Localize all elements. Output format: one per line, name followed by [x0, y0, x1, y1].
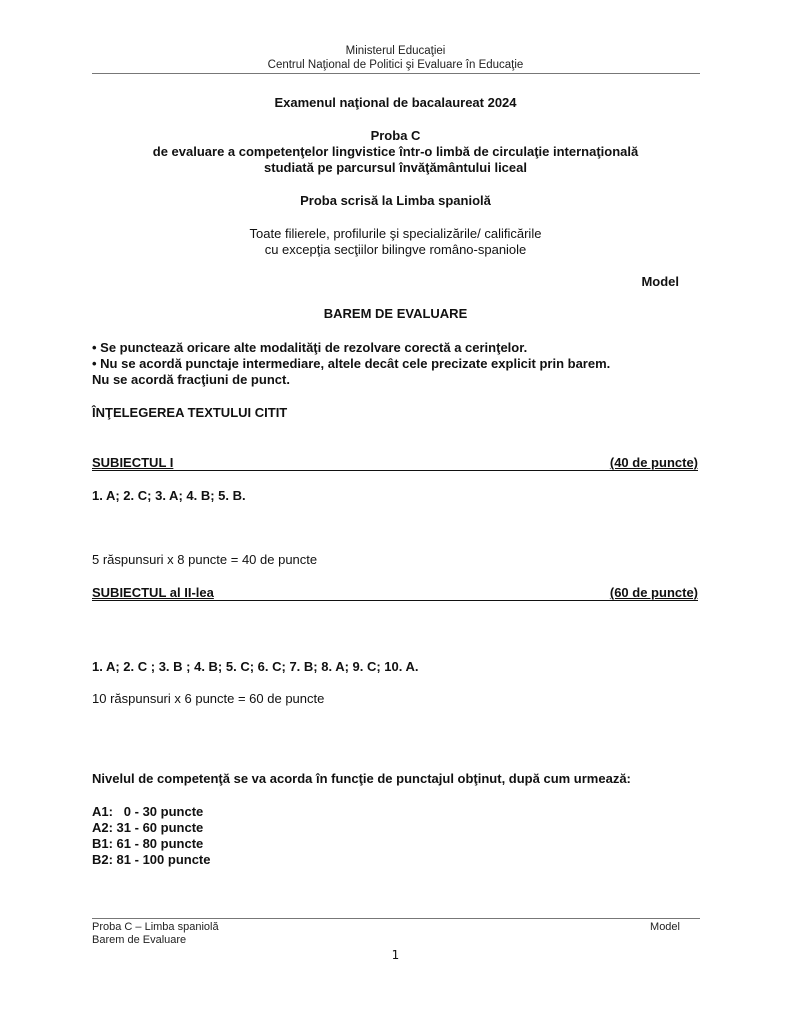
- barem-title: BAREM DE EVALUARE: [0, 306, 791, 321]
- rule-3: Nu se acordă fracţiuni de punct.: [92, 372, 290, 387]
- subject2-header: SUBIECTUL al II-lea (60 de puncte): [92, 585, 698, 601]
- exam-title: Examenul naţional de bacalaureat 2024: [0, 95, 791, 110]
- level-a2: A2: 31 - 60 puncte: [92, 820, 203, 835]
- proba-title: Proba C: [0, 128, 791, 143]
- level-a1: A1: 0 - 30 puncte: [92, 804, 203, 819]
- header-divider: [92, 73, 700, 74]
- footer-divider: [92, 918, 700, 919]
- scope-line-2: cu excepţia secţiilor bilingve româno-sp…: [0, 242, 791, 257]
- footer-line-2: Barem de Evaluare: [92, 934, 186, 947]
- subject1-points: (40 de puncte): [610, 455, 698, 470]
- subject2-scoring: 10 răspunsuri x 6 puncte = 60 de puncte: [92, 691, 324, 706]
- subject1-answers: 1. A; 2. C; 3. A; 4. B; 5. B.: [92, 488, 246, 503]
- subject2-answers: 1. A; 2. C ; 3. B ; 4. B; 5. C; 6. C; 7.…: [92, 659, 419, 674]
- section-heading: ÎNŢELEGEREA TEXTULUI CITIT: [92, 405, 287, 420]
- written-test-title: Proba scrisă la Limba spaniolă: [0, 193, 791, 208]
- header-center: Centrul Naţional de Politici şi Evaluare…: [0, 58, 791, 72]
- levels-intro: Nivelul de competenţă se va acorda în fu…: [92, 771, 631, 786]
- header-ministry: Ministerul Educaţiei: [0, 44, 791, 58]
- model-label: Model: [641, 274, 679, 289]
- rule-2: • Nu se acordă punctaje intermediare, al…: [92, 356, 610, 371]
- scope-line-1: Toate filierele, profilurile şi speciali…: [0, 226, 791, 241]
- subject1-name: SUBIECTUL I: [92, 455, 173, 470]
- footer-line-1: Proba C – Limba spaniolă: [92, 921, 219, 934]
- subject2-points: (60 de puncte): [610, 585, 698, 600]
- proba-subtitle-1: de evaluare a competenţelor lingvistice …: [0, 144, 791, 159]
- subject1-scoring: 5 răspunsuri x 8 puncte = 40 de puncte: [92, 552, 317, 567]
- footer-model: Model: [650, 921, 680, 934]
- rule-1: • Se punctează oricare alte modalităţi d…: [92, 340, 527, 355]
- level-b1: B1: 61 - 80 puncte: [92, 836, 203, 851]
- proba-subtitle-2: studiată pe parcursul învăţământului lic…: [0, 160, 791, 175]
- page-number: 1: [0, 948, 791, 962]
- subject2-name: SUBIECTUL al II-lea: [92, 585, 214, 600]
- level-b2: B2: 81 - 100 puncte: [92, 852, 211, 867]
- subject1-header: SUBIECTUL I (40 de puncte): [92, 455, 698, 471]
